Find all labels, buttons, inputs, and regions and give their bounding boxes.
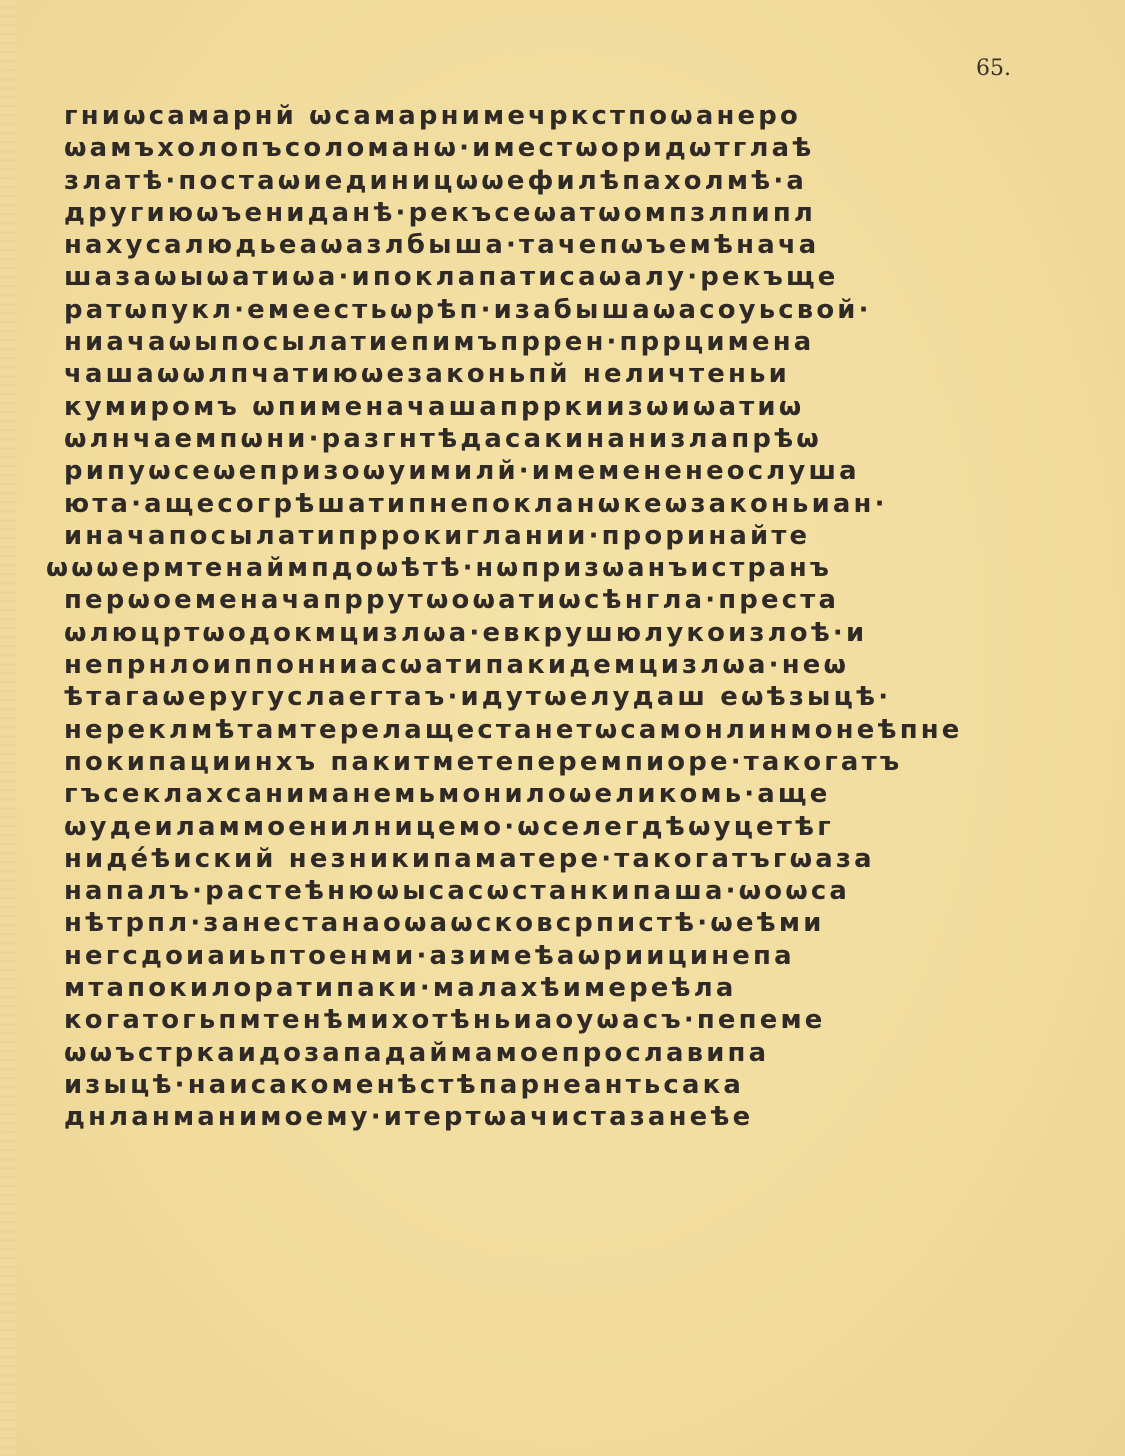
- text-line-29: когатогьпмтенѣмихотѣньиаоуѡасъ·пепеме: [64, 1004, 1049, 1036]
- text-line-24: ниде́ѣиский незникипаматере·такогатъгѡаз…: [64, 843, 1049, 875]
- manuscript-page: 65. гниѡсамарнй ѡсамарнимечркстпоѡанеро …: [0, 0, 1125, 1456]
- text-line-20: нереклмѣтамтерелащестанетѡсамонлинмонеѣп…: [64, 714, 1049, 746]
- text-line-19: ѣтагаѡеругуслаегтаъ·идутѡелудаш еѡѣзыцѣ·: [64, 681, 1049, 713]
- text-line-7: ратѡпукл·емеестьѡрѣп·изабышаѡасоуьсвой·: [64, 294, 1049, 326]
- text-line-17: ѡлюцртѡодокмцизлѡа·евкрушюлукоизлоѣ·и: [64, 617, 1049, 649]
- text-line-1: гниѡсамарнй ѡсамарнимечркстпоѡанеро: [64, 100, 1049, 132]
- text-line-12: рипуѡсеѡепризоѡуимилй·имемененеослуша: [64, 455, 1049, 487]
- text-line-3: златѣ·постаѡиединицѡѡефилѣпахолмѣ·а: [64, 165, 1049, 197]
- text-line-10: кумиромъ ѡпименачашапрркиизѡиѡатиѡ: [64, 391, 1049, 423]
- page-number: 65.: [976, 56, 1011, 81]
- page-edge: [0, 0, 16, 1456]
- text-line-8: ниачаѡыпосылатиепимъпррен·пррцимена: [64, 326, 1049, 358]
- text-line-14: иначапосылатипррокиглании·проринайте: [64, 520, 1049, 552]
- manuscript-text-block: гниѡсамарнй ѡсамарнимечркстпоѡанеро ѡамъ…: [64, 100, 1054, 1134]
- text-line-30: ѡѡъстркаидозападаймамоепрославипа: [64, 1037, 1049, 1069]
- text-line-11: ѡлнчаемпѡни·разгнтѣдасакинанизлапрѣѡ: [64, 423, 1049, 455]
- text-line-15: ѡѡѡермтенаймпдоѡѣтѣ·нѡпризѡанъистранъ: [46, 552, 1031, 584]
- text-line-6: шазаѡыѡатиѡа·ипоклапатисаѡалу·рекъще: [64, 261, 1049, 293]
- text-line-2: ѡамъхолопъсоломанѡ·иместѡоридѡтглаѣ: [64, 132, 1049, 164]
- text-line-27: негсдоиаиьптоенми·азимеѣаѡриицинепа: [64, 940, 1049, 972]
- text-line-5: нахусалюдьеаѡазлбыша·тачепѡъемѣнача: [64, 229, 1049, 261]
- text-line-28: мтапокилоратипаки·малахѣимереѣла: [64, 972, 1049, 1004]
- text-line-31: изыцѣ·наисакоменѣстѣпарнеантьсака: [64, 1069, 1049, 1101]
- text-line-18: непрнлоиппонниасѡатипакидемцизлѡа·неѡ: [64, 649, 1049, 681]
- text-line-4: другиюѡъениданѣ·рекъсеѡатѡомпзлпипл: [64, 197, 1049, 229]
- text-line-22: гъсеклахсаниманемьмонилоѡеликомь·аще: [64, 778, 1049, 810]
- text-line-21: покипациинхъ пакитметеперемпиоре·такогат…: [64, 746, 1049, 778]
- text-line-9: чашаѡѡлпчатиюѡезаконьпй неличтеньи: [64, 358, 1049, 390]
- text-line-23: ѡудеиламмоенилницемо·ѡселегдѣѡуцетѣг: [64, 811, 1049, 843]
- text-line-32: днланманимоему·итертѡачистазанеѣе: [64, 1101, 1049, 1133]
- text-line-16: перѡоеменачапррутѡоѡатиѡсѣнгла·преста: [64, 584, 1049, 616]
- text-line-25: напалъ·растеѣнюѡысасѡстанкипаша·ѡоѡса: [64, 875, 1049, 907]
- text-line-26: нѣтрпл·занестанаоѡаѡсковсрпистѣ·ѡеѣми: [64, 907, 1049, 939]
- text-line-13: юта·ащесогрѣшатипнепокланѡкеѡзаконьиан·: [64, 488, 1049, 520]
